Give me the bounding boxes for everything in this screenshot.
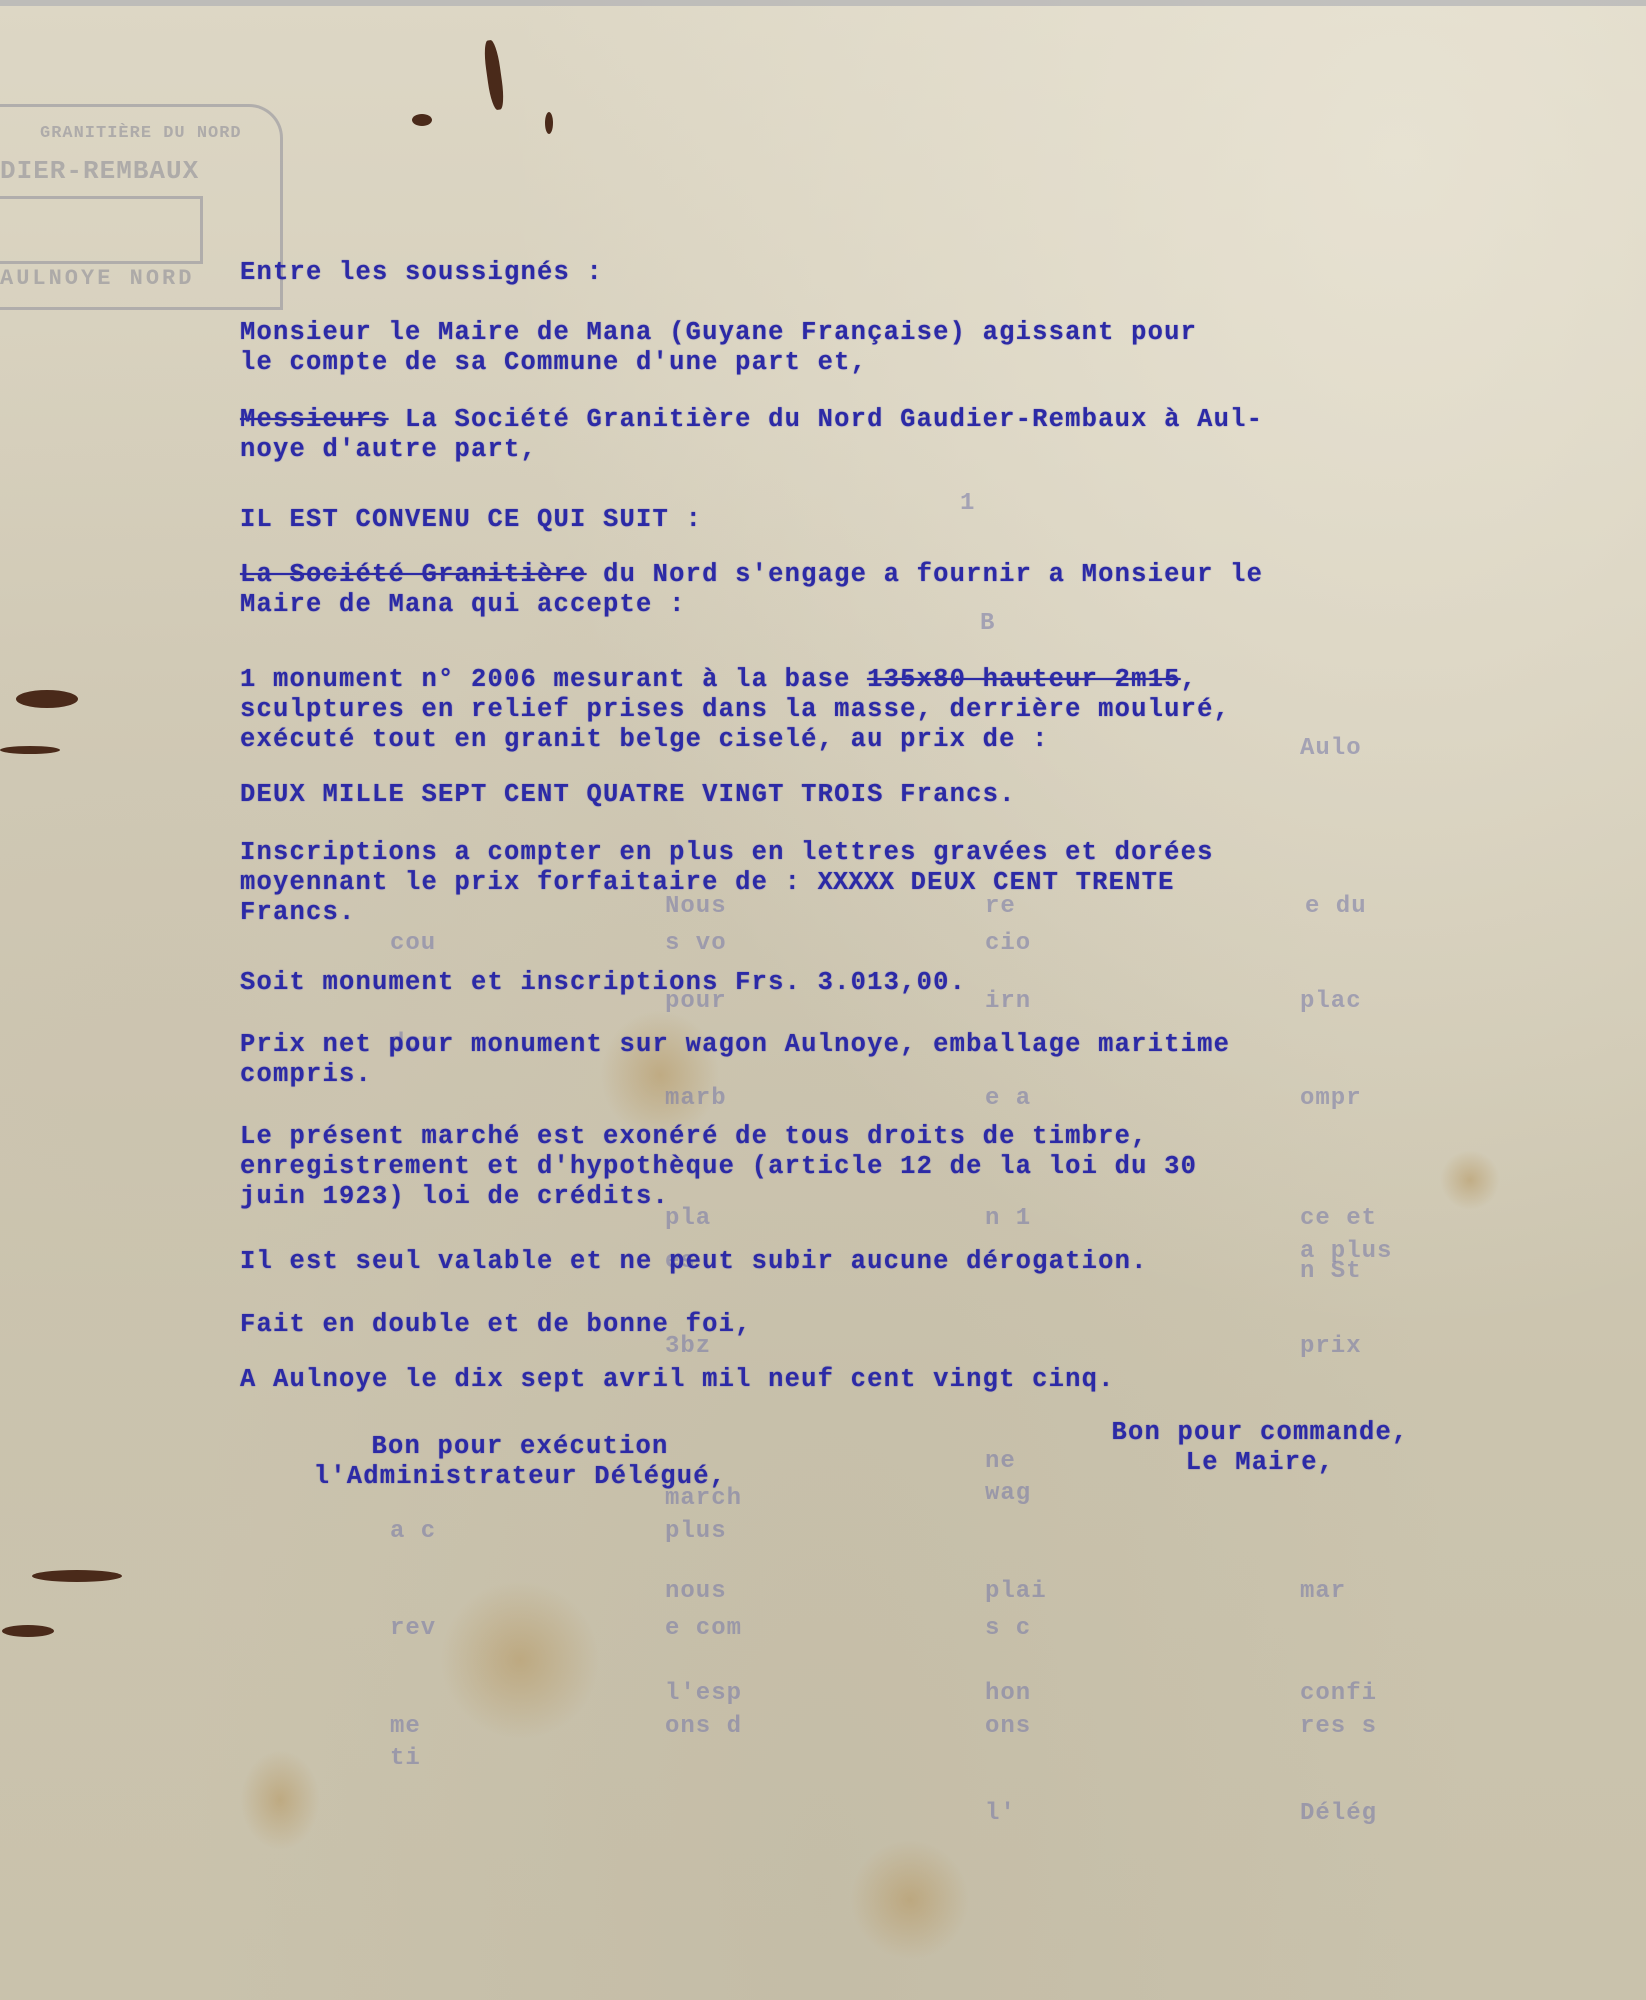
bleed-through-fragment: plai — [985, 1578, 1047, 1605]
text-line: compris. — [240, 1060, 372, 1089]
agreement-heading: IL EST CONVENU CE QUI SUIT : — [240, 505, 702, 535]
bleed-through-fragment: ne — [985, 1448, 1016, 1475]
foxing-stain — [440, 1580, 600, 1740]
bleed-through-fragment: plac — [1300, 988, 1362, 1015]
text-line: Francs. — [240, 898, 356, 927]
tax-exemption: Le présent marché est exonéré de tous dr… — [240, 1122, 1197, 1212]
typed-over-text: XXXXX — [818, 868, 895, 897]
rust-stain — [545, 112, 553, 134]
stamp-line: AULNOYE NORD — [0, 266, 194, 291]
struck-text: 135x80 hauteur 2m15 — [867, 665, 1181, 694]
bleed-through-fragment: e com — [665, 1615, 742, 1642]
bleed-through-fragment: ce et — [1300, 1205, 1377, 1232]
bleed-through-fragment: hon — [985, 1680, 1031, 1707]
bleed-through-fragment: 1 — [960, 490, 975, 517]
struck-text: Messieurs — [240, 405, 389, 434]
text-line: exécuté tout en granit belge ciselé, au … — [240, 725, 1049, 754]
bleed-through-fragment: confi — [1300, 1680, 1377, 1707]
bleed-through-fragment: res s — [1300, 1713, 1377, 1740]
bleed-through-fragment: s vo — [665, 930, 727, 957]
bleed-through-fragment: n St — [1300, 1258, 1362, 1285]
bleed-through-fragment: nous — [665, 1578, 727, 1605]
bleed-through-fragment: Aulo — [1300, 735, 1362, 762]
paper-top-edge — [0, 0, 1646, 6]
text-line: du Nord s'engage a fournir a Monsieur le — [587, 560, 1264, 589]
foxing-stain — [1440, 1150, 1500, 1210]
rust-stain — [2, 1625, 54, 1637]
text-line: Inscriptions a compter en plus en lettre… — [240, 838, 1214, 867]
party-1: Monsieur le Maire de Mana (Guyane França… — [240, 318, 1197, 378]
text-line: DEUX CENT TRENTE — [894, 868, 1175, 897]
party-2: Messieurs La Société Granitière du Nord … — [240, 405, 1263, 465]
text-line: Prix net pour monument sur wagon Aulnoye… — [240, 1030, 1230, 1059]
bleed-through-fragment: me — [390, 1713, 421, 1740]
text-line: La Société Granitière du Nord Gaudier-Re… — [389, 405, 1264, 434]
bleed-through-fragment: ons d — [665, 1713, 742, 1740]
bleed-through-fragment: Délég — [1300, 1800, 1377, 1827]
signature-executor: Bon pour exécution l'Administrateur Délé… — [260, 1432, 780, 1492]
monument-description: 1 monument n° 2006 mesurant à la base 13… — [240, 665, 1230, 755]
salutation: Entre les soussignés : — [240, 258, 603, 288]
place-and-date: A Aulnoye le dix sept avril mil neuf cen… — [240, 1365, 1115, 1395]
text-line: noye d'autre part, — [240, 435, 537, 464]
signature-line: Bon pour exécution — [371, 1432, 668, 1461]
bleed-through-fragment: e du — [1305, 893, 1367, 920]
stamp-inner-box — [0, 196, 203, 264]
foxing-stain — [240, 1750, 320, 1850]
bleed-through-fragment: plus — [665, 1518, 727, 1545]
bleed-through-fragment: a c — [390, 1518, 436, 1545]
rust-stain — [412, 114, 432, 126]
text-line: 1 monument n° 2006 mesurant à la base — [240, 665, 867, 694]
text-line: enregistrement et d'hypothèque (article … — [240, 1152, 1197, 1181]
foxing-stain — [850, 1840, 970, 1960]
stamp-line: DIER-REMBAUX — [0, 156, 199, 186]
validity-clause: Il est seul valable et ne peut subir auc… — [240, 1247, 1148, 1277]
company-stamp: GRANITIÈRE DU NORD DIER-REMBAUX AULNOYE … — [0, 104, 280, 304]
bleed-through-fragment: l'esp — [665, 1680, 742, 1707]
bleed-through-fragment: mar — [1300, 1578, 1346, 1605]
text-line: juin 1923) loi de crédits. — [240, 1182, 669, 1211]
rust-stain — [16, 690, 78, 708]
bleed-through-fragment: cou — [390, 930, 436, 957]
text-line: Monsieur le Maire de Mana (Guyane França… — [240, 318, 1197, 347]
struck-text: La Société Granitière — [240, 560, 587, 589]
signature-line: Bon pour commande, — [1111, 1418, 1408, 1447]
bleed-through-fragment: prix — [1300, 1333, 1362, 1360]
bleed-through-fragment: rev — [390, 1615, 436, 1642]
text-line: sculptures en relief prises dans la mass… — [240, 695, 1230, 724]
text-line: Le présent marché est exonéré de tous dr… — [240, 1122, 1148, 1151]
text-line: , — [1181, 665, 1198, 694]
bleed-through-fragment: ons — [985, 1713, 1031, 1740]
rust-stain — [32, 1570, 122, 1582]
bleed-through-fragment: irn — [985, 988, 1031, 1015]
bleed-through-fragment: cio — [985, 930, 1031, 957]
bleed-through-fragment: ti — [390, 1745, 421, 1772]
bleed-through-fragment: wag — [985, 1480, 1031, 1507]
price-in-words: DEUX MILLE SEPT CENT QUATRE VINGT TROIS … — [240, 780, 1016, 810]
bleed-through-fragment: s c — [985, 1615, 1031, 1642]
signature-mayor: Bon pour commande, Le Maire, — [1060, 1418, 1460, 1478]
bleed-through-fragment: l' — [985, 1800, 1016, 1827]
text-line: Maire de Mana qui accepte : — [240, 590, 686, 619]
bleed-through-fragment: ompr — [1300, 1085, 1362, 1112]
net-price: Prix net pour monument sur wagon Aulnoye… — [240, 1030, 1230, 1090]
rust-stain — [0, 746, 60, 754]
text-line: le compte de sa Commune d'une part et, — [240, 348, 867, 377]
signature-line: l'Administrateur Délégué, — [314, 1462, 727, 1491]
stamp-line: GRANITIÈRE DU NORD — [40, 124, 242, 143]
total-price: Soit monument et inscriptions Frs. 3.013… — [240, 968, 966, 998]
engagement: La Société Granitière du Nord s'engage a… — [240, 560, 1263, 620]
signature-line: Le Maire, — [1186, 1448, 1335, 1477]
duplicate-clause: Fait en double et de bonne foi, — [240, 1310, 752, 1340]
inscriptions: Inscriptions a compter en plus en lettre… — [240, 838, 1214, 928]
text-line: moyennant le prix forfaitaire de : — [240, 868, 818, 897]
